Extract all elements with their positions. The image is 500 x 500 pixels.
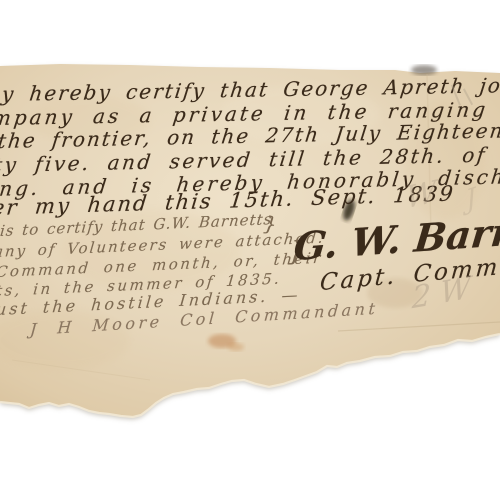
rust-stain <box>228 343 244 351</box>
paper-mottle <box>60 210 240 290</box>
paper-artwork <box>0 0 500 500</box>
scan-background: y hereby certify that George Apreth join… <box>0 0 500 500</box>
paper-mottle <box>405 100 485 220</box>
edge-smudge <box>411 65 437 75</box>
paper-mottle <box>220 85 380 145</box>
paper-mottle <box>367 278 423 308</box>
paper-mottle <box>30 95 150 145</box>
